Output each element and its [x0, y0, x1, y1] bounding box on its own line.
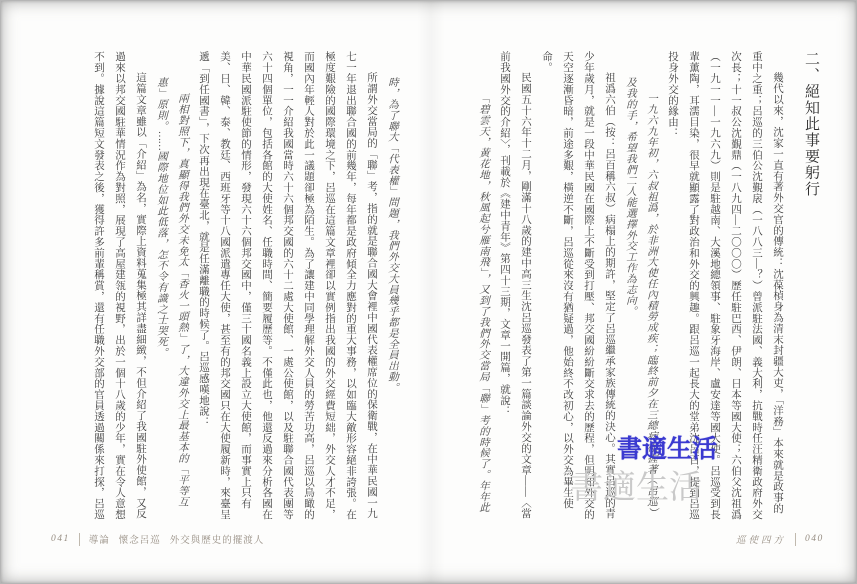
watermark-blue: 書適生活 [617, 437, 717, 462]
page-number: 040 [805, 534, 824, 544]
chapter-label: 導論 [89, 532, 110, 546]
block-quote: 「碧雲天，黃花地，秋風起兮雁南飛」，又到了我們外交當局「聯」考的時候了。年年此 [473, 51, 494, 521]
paragraph: 所謂外交當局的「聯」考，指的就是聯合國大會裡中國代表權席位的保衛戰，在中華民國一… [193, 51, 382, 521]
left-page-footer: 041 導論 懷念呂巡 外交與歷史的擺渡人 [51, 532, 264, 546]
paragraph: 民國五十六年十二月，剛滿十八歲的建中高三生沈呂巡發表了第一篇談論外交的文章——〈… [494, 51, 536, 521]
paragraph: 祖潙六伯（按：呂百稱六叔）病榻上的期許，堅定了呂巡繼承家族傳統的決心。其實呂巡的… [536, 51, 620, 521]
section-label: 懷念呂巡 [119, 532, 161, 546]
block-quote: 兩相對照下，真顯得我們外交未免太「香火一頭熱」了，大違外交上最基本的「平等互惠」… [151, 51, 193, 521]
page-left: 時，為了聯大「代表權」問題，我們外交大員幾乎都是全員出動。 所謂外交當局的「聯」… [41, 1, 403, 521]
page-gutter [417, 1, 445, 584]
book-scan: 二、絕知此事要躬行 幾代以來，沈家一直有著外交官的傳統：沈葆楨身為清末封疆大吏，… [0, 0, 857, 584]
paragraph: 這篇文章雖以「介紹」為名，實際上資料蒐集極其詳盡細緻，不但介紹了我國駐外使館，又… [88, 51, 151, 521]
page-number: 041 [51, 534, 70, 544]
section-subtitle: 外交與歷史的擺渡人 [170, 532, 265, 546]
right-page-footer: 巡使四方 040 [736, 532, 824, 546]
book-title: 巡使四方 [736, 532, 786, 546]
footer-divider [79, 533, 80, 546]
block-quote-continued: 時，為了聯大「代表權」問題，我們外交大員幾乎都是全員出動。 [382, 51, 403, 521]
chapter-title: 二、絕知此事要躬行 [800, 51, 821, 521]
watermark-gray: 書適生活 [570, 472, 702, 505]
footer-divider [795, 533, 796, 546]
